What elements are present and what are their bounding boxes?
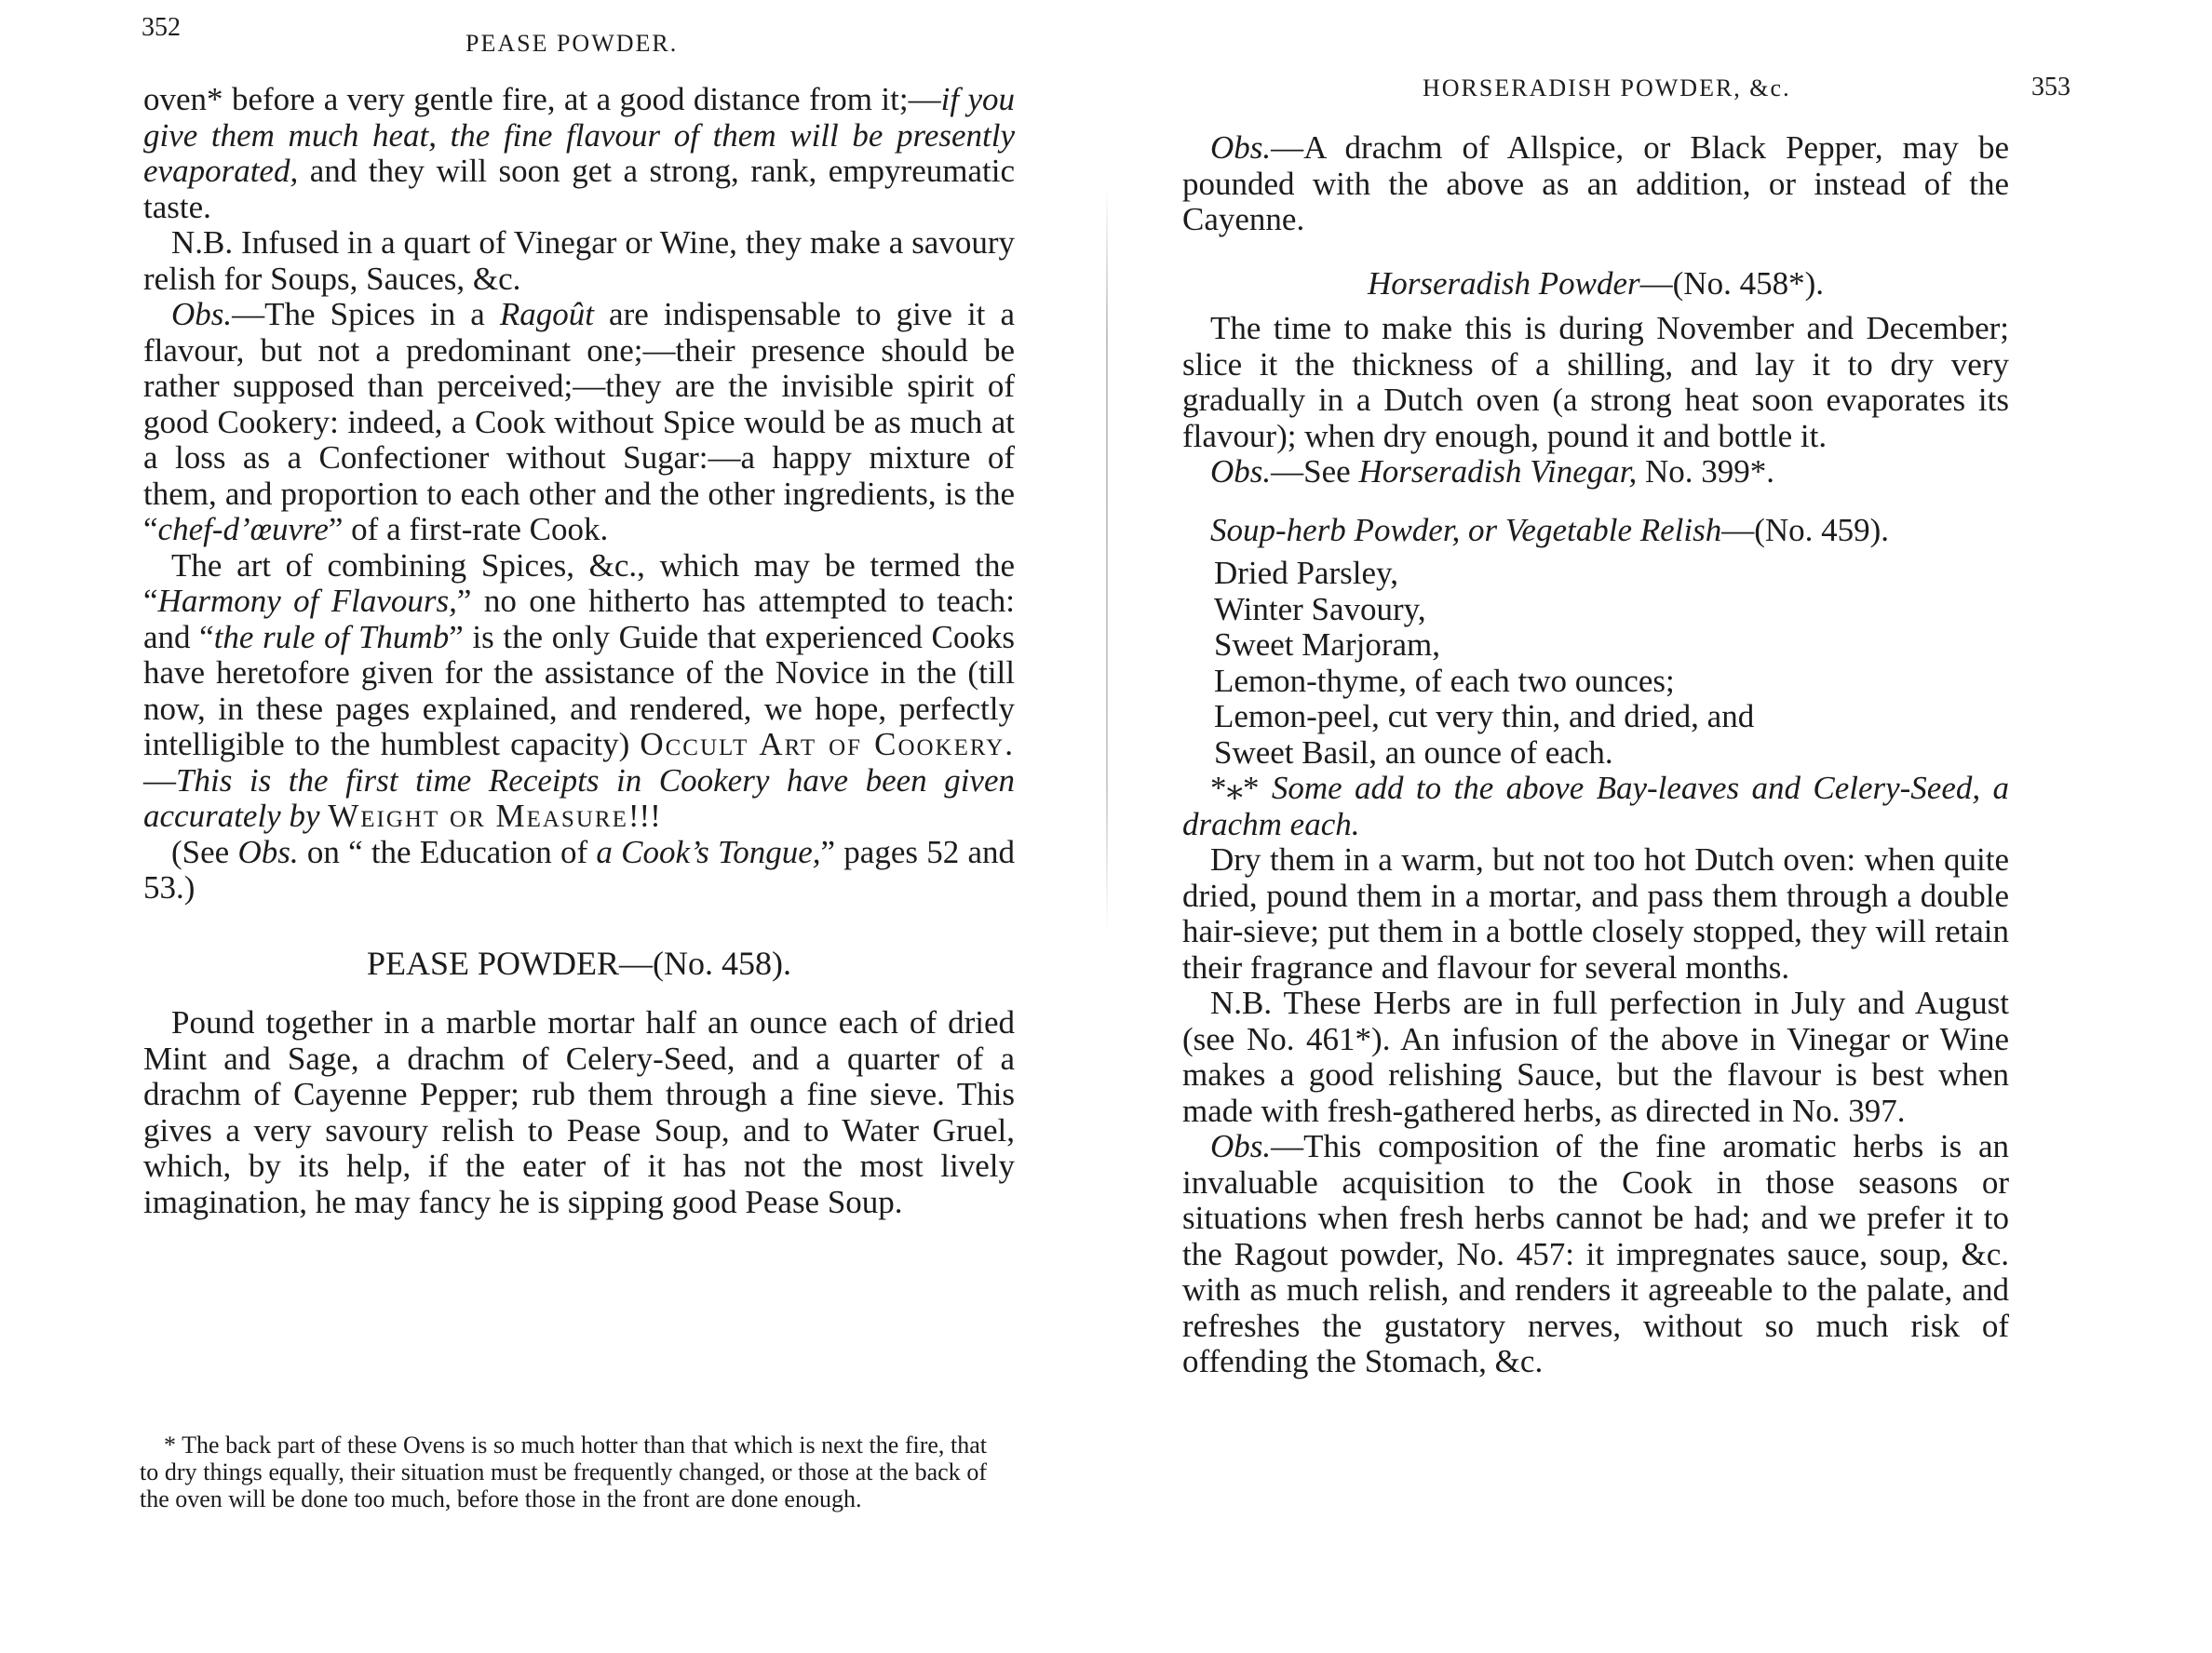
ingredient-item: Lemon-peel, cut very thin, and dried, an… xyxy=(1182,699,2009,735)
page-number-right: 353 xyxy=(2031,73,2070,102)
ingredient-list: Dried Parsley, Winter Savoury, Sweet Mar… xyxy=(1182,556,2009,771)
soup-herb-heading: Soup-herb Powder, or Vegetable Relish—(N… xyxy=(1182,513,2009,549)
running-head-right: HORSERADISH POWDER, &c. xyxy=(1423,74,1791,102)
obs-allspice-paragraph: Obs.—A drachm of Allspice, or Black Pepp… xyxy=(1182,130,2009,238)
nb-paragraph-left: N.B. Infused in a quart of Vinegar or Wi… xyxy=(143,225,1015,297)
asterism-note: *⁎* Some add to the above Bay-leaves and… xyxy=(1182,771,2009,842)
nb-paragraph-right: N.B. These Herbs are in full perfection … xyxy=(1182,986,2009,1129)
ingredient-item: Winter Savoury, xyxy=(1182,592,2009,628)
right-body: Obs.—A drachm of Allspice, or Black Pepp… xyxy=(1182,130,2009,1380)
obs-final-paragraph: Obs.—This composition of the fine aromat… xyxy=(1182,1129,2009,1380)
obs-spices-paragraph: Obs.—The Spices in a Ragoût are indispen… xyxy=(143,297,1015,548)
horseradish-body: The time to make this is during November… xyxy=(1182,311,2009,454)
ingredient-item: Lemon-thyme, of each two ounces; xyxy=(1182,664,2009,700)
see-obs-paragraph: (See Obs. on “ the Education of a Cook’s… xyxy=(143,835,1015,907)
ingredient-item: Dried Parsley, xyxy=(1182,556,2009,592)
obs-vinegar-paragraph: Obs.—See Horseradish Vinegar, No. 399*. xyxy=(1182,454,2009,491)
right-page: HORSERADISH POWDER, &c. 353 Obs.—A drach… xyxy=(1108,0,2212,1653)
ingredient-item: Sweet Marjoram, xyxy=(1182,627,2009,664)
ingredient-item: Sweet Basil, an ounce of each. xyxy=(1182,735,2009,772)
pease-powder-recipe: Pound together in a marble mortar half a… xyxy=(143,1005,1015,1220)
dry-paragraph: Dry them in a warm, but not too hot Dutc… xyxy=(1182,842,2009,986)
continuation-paragraph: oven* before a very gentle fire, at a go… xyxy=(143,82,1015,225)
page-number-left: 352 xyxy=(142,13,181,43)
left-body: oven* before a very gentle fire, at a go… xyxy=(143,82,1015,1220)
recipe-heading-pease-powder: PEASE POWDER—(No. 458). xyxy=(143,946,1015,982)
footnote-ovens: * The back part of these Ovens is so muc… xyxy=(140,1431,987,1512)
asterism-icon: *⁎* xyxy=(1210,770,1260,806)
running-head-left: PEASE POWDER. xyxy=(465,30,678,58)
horseradish-heading: Horseradish Powder—(No. 458*). xyxy=(1182,266,2009,302)
left-page: 352 PEASE POWDER. oven* before a very ge… xyxy=(0,0,1108,1653)
art-paragraph: The art of combining Spices, &c., which … xyxy=(143,548,1015,835)
